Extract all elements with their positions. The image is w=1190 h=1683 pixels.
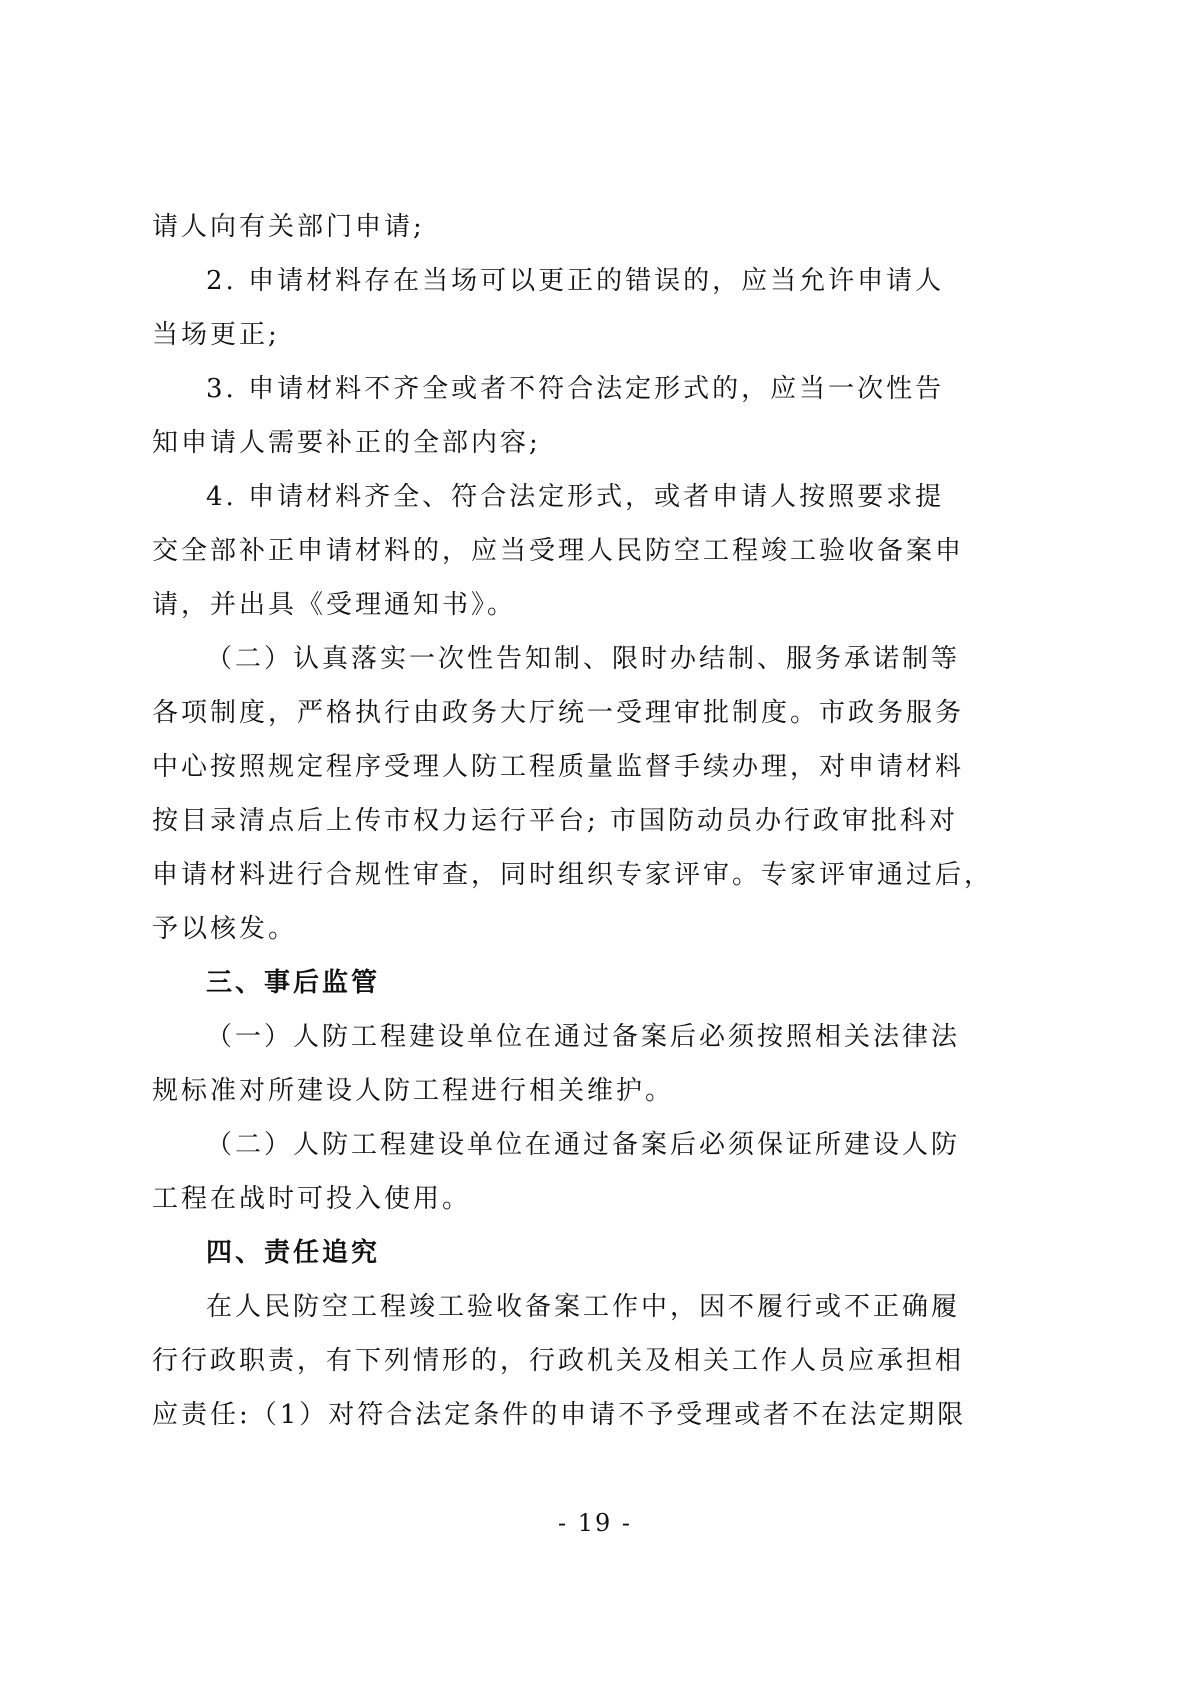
text-line-3: 当场更正; xyxy=(152,318,280,352)
text-line-22: 行行政职责，有下列情形的，行政机关及相关工作人员应承担相 xyxy=(152,1344,964,1378)
page-number: - 19 - xyxy=(0,1508,1190,1538)
document-page: 请人向有关部门申请; 2. 申请材料存在当场可以更正的错误的，应当允许申请人 当… xyxy=(0,0,1190,1683)
paragraph-2-start: （二）认真落实一次性告知制、限时办结制、服务承诺制等 xyxy=(206,642,960,676)
paragraph-3-1-start: （一）人防工程建设单位在通过备案后必须按照相关法律法 xyxy=(206,1020,960,1054)
list-item-2: 2. 申请材料存在当场可以更正的错误的，应当允许申请人 xyxy=(206,264,944,298)
paragraph-3-2-start: （二）人防工程建设单位在通过备案后必须保证所建设人防 xyxy=(206,1128,960,1162)
text-line-17: 规标准对所建设人防工程进行相关维护。 xyxy=(152,1074,674,1108)
text-line-10: 各项制度，严格执行由政务大厅统一受理审批制度。市政务服务 xyxy=(152,696,964,730)
text-line-12: 按目录清点后上传市权力运行平台; 市国防动员办行政审批科对 xyxy=(152,804,958,838)
text-line-14: 予以核发。 xyxy=(152,912,297,946)
section-heading-3: 三、事后监管 xyxy=(206,966,380,1000)
list-item-4: 4. 申请材料齐全、符合法定形式，或者申请人按照要求提 xyxy=(206,480,944,514)
text-line-5: 知申请人需要补正的全部内容; xyxy=(152,426,541,460)
text-line-13: 申请材料进行合规性审查，同时组织专家评审。专家评审通过后， xyxy=(152,858,993,892)
text-line-8: 请，并出具《受理通知书》。 xyxy=(152,588,516,622)
section-heading-4: 四、责任追究 xyxy=(206,1236,380,1270)
text-line-1: 请人向有关部门申请; xyxy=(152,210,425,244)
text-line-7: 交全部补正申请材料的，应当受理人民防空工程竣工验收备案申 xyxy=(152,534,964,568)
list-item-3: 3. 申请材料不齐全或者不符合法定形式的，应当一次性告 xyxy=(206,372,944,406)
text-line-19: 工程在战时可投入使用。 xyxy=(152,1182,471,1216)
text-line-23: 应责任:（1）对符合法定条件的申请不予受理或者不在法定期限 xyxy=(152,1398,966,1432)
text-line-11: 中心按照规定程序受理人防工程质量监督手续办理，对申请材料 xyxy=(152,750,964,784)
paragraph-4-start: 在人民防空工程竣工验收备案工作中，因不履行或不正确履 xyxy=(206,1290,960,1324)
